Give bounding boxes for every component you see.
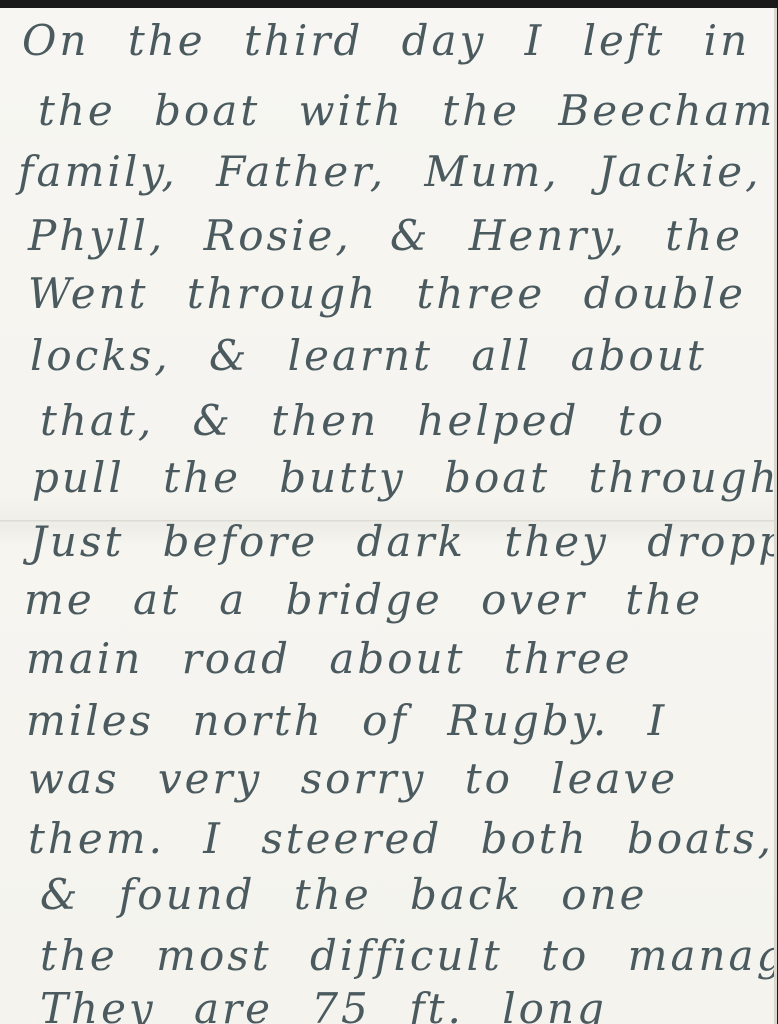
letter-line: They are 75 ft. long [40,988,607,1024]
letter-line: & found the back one [40,874,647,916]
letter-line: family, Father, Mum, Jackie, [18,151,761,193]
letter-line: was very sorry to leave [28,758,678,800]
letter-line: Went through three double [28,273,746,315]
letter-line: Phyll, Rosie, & Henry, the dog. [28,215,777,257]
letter-line: miles north of Rugby. I [26,700,667,742]
letter-line: them. I steered both boats, [28,818,774,860]
letter-line: the boat with the Beecham [38,90,775,132]
letter-line: Just before dark they dropped [30,521,777,563]
letter-line: me at a bridge over the [24,579,703,621]
letter-line: locks, & learnt all about [30,335,707,377]
letter-line: the most difficult to manage [40,935,777,977]
letter-page: On the third day I left in the boat with… [0,8,777,1024]
letter-line: pull the butty boat through [32,457,777,499]
letter-line: main road about three [26,638,633,680]
letter-line: On the third day I left in [22,20,750,62]
letter-line: that, & then helped to [40,400,666,442]
